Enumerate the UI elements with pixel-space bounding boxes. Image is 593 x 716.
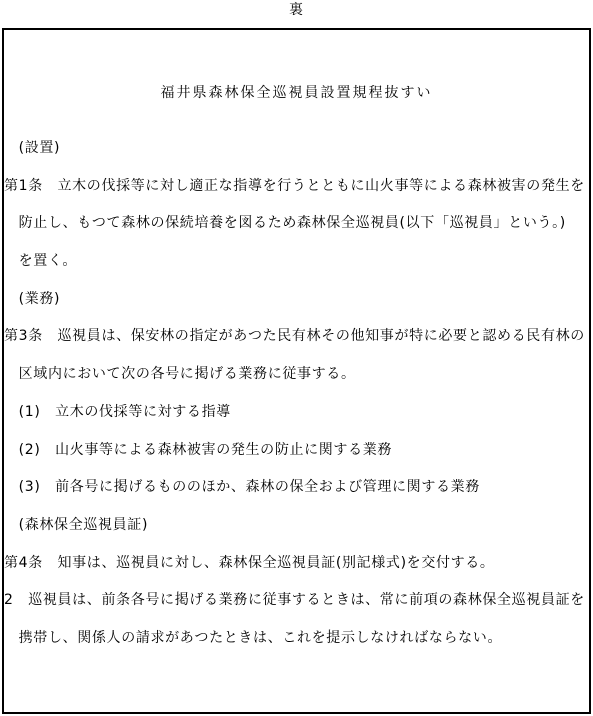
back-side-label: 裏 bbox=[0, 0, 593, 28]
document-line-article1: 第1条 立木の伐採等に対し適正な指導を行うとともに山火事等による森林被害の発生を bbox=[4, 168, 589, 206]
document-body: (設置) 第1条 立木の伐採等に対し適正な指導を行うとともに山火事等による森林被… bbox=[4, 130, 589, 658]
document-frame: 福井県森林保全巡視員設置規程抜すい (設置) 第1条 立木の伐採等に対し適正な指… bbox=[2, 28, 591, 714]
document-line-item3: (3) 前各号に掲げるもののほか、森林の保全および管理に関する業務 bbox=[4, 469, 589, 507]
document-line-paragraph2: 2 巡視員は、前条各号に掲げる業務に従事するときは、常に前項の森林保全巡視員証を bbox=[4, 582, 589, 620]
document-line-article4: 第4条 知事は、巡視員に対し、森林保全巡視員証(別記様式)を交付する。 bbox=[4, 545, 589, 583]
document-line-heading-setchi: (設置) bbox=[4, 130, 589, 168]
document-title: 福井県森林保全巡視員設置規程抜すい bbox=[4, 86, 589, 100]
document-line-heading-gyomu: (業務) bbox=[4, 281, 589, 319]
document-line-article3: 第3条 巡視員は、保安林の指定があつた民有林その他知事が特に必要と認める民有林の bbox=[4, 318, 589, 356]
document-page: 裏 福井県森林保全巡視員設置規程抜すい (設置) 第1条 立木の伐採等に対し適正… bbox=[0, 0, 593, 716]
document-line-article1-cont2: を置く。 bbox=[4, 243, 589, 281]
document-line-item2: (2) 山火事等による森林被害の発生の防止に関する業務 bbox=[4, 432, 589, 470]
document-line-item1: (1) 立木の伐採等に対する指導 bbox=[4, 394, 589, 432]
document-line-article3-cont: 区域内において次の各号に掲げる業務に従事する。 bbox=[4, 356, 589, 394]
document-line-paragraph2-cont: 携帯し、関係人の請求があつたときは、これを提示しなければならない。 bbox=[4, 620, 589, 658]
document-line-heading-junshiinsho: (森林保全巡視員証) bbox=[4, 507, 589, 545]
document-line-article1-cont1: 防止し、もつて森林の保続培養を図るため森林保全巡視員(以下「巡視員」という。) bbox=[4, 205, 589, 243]
